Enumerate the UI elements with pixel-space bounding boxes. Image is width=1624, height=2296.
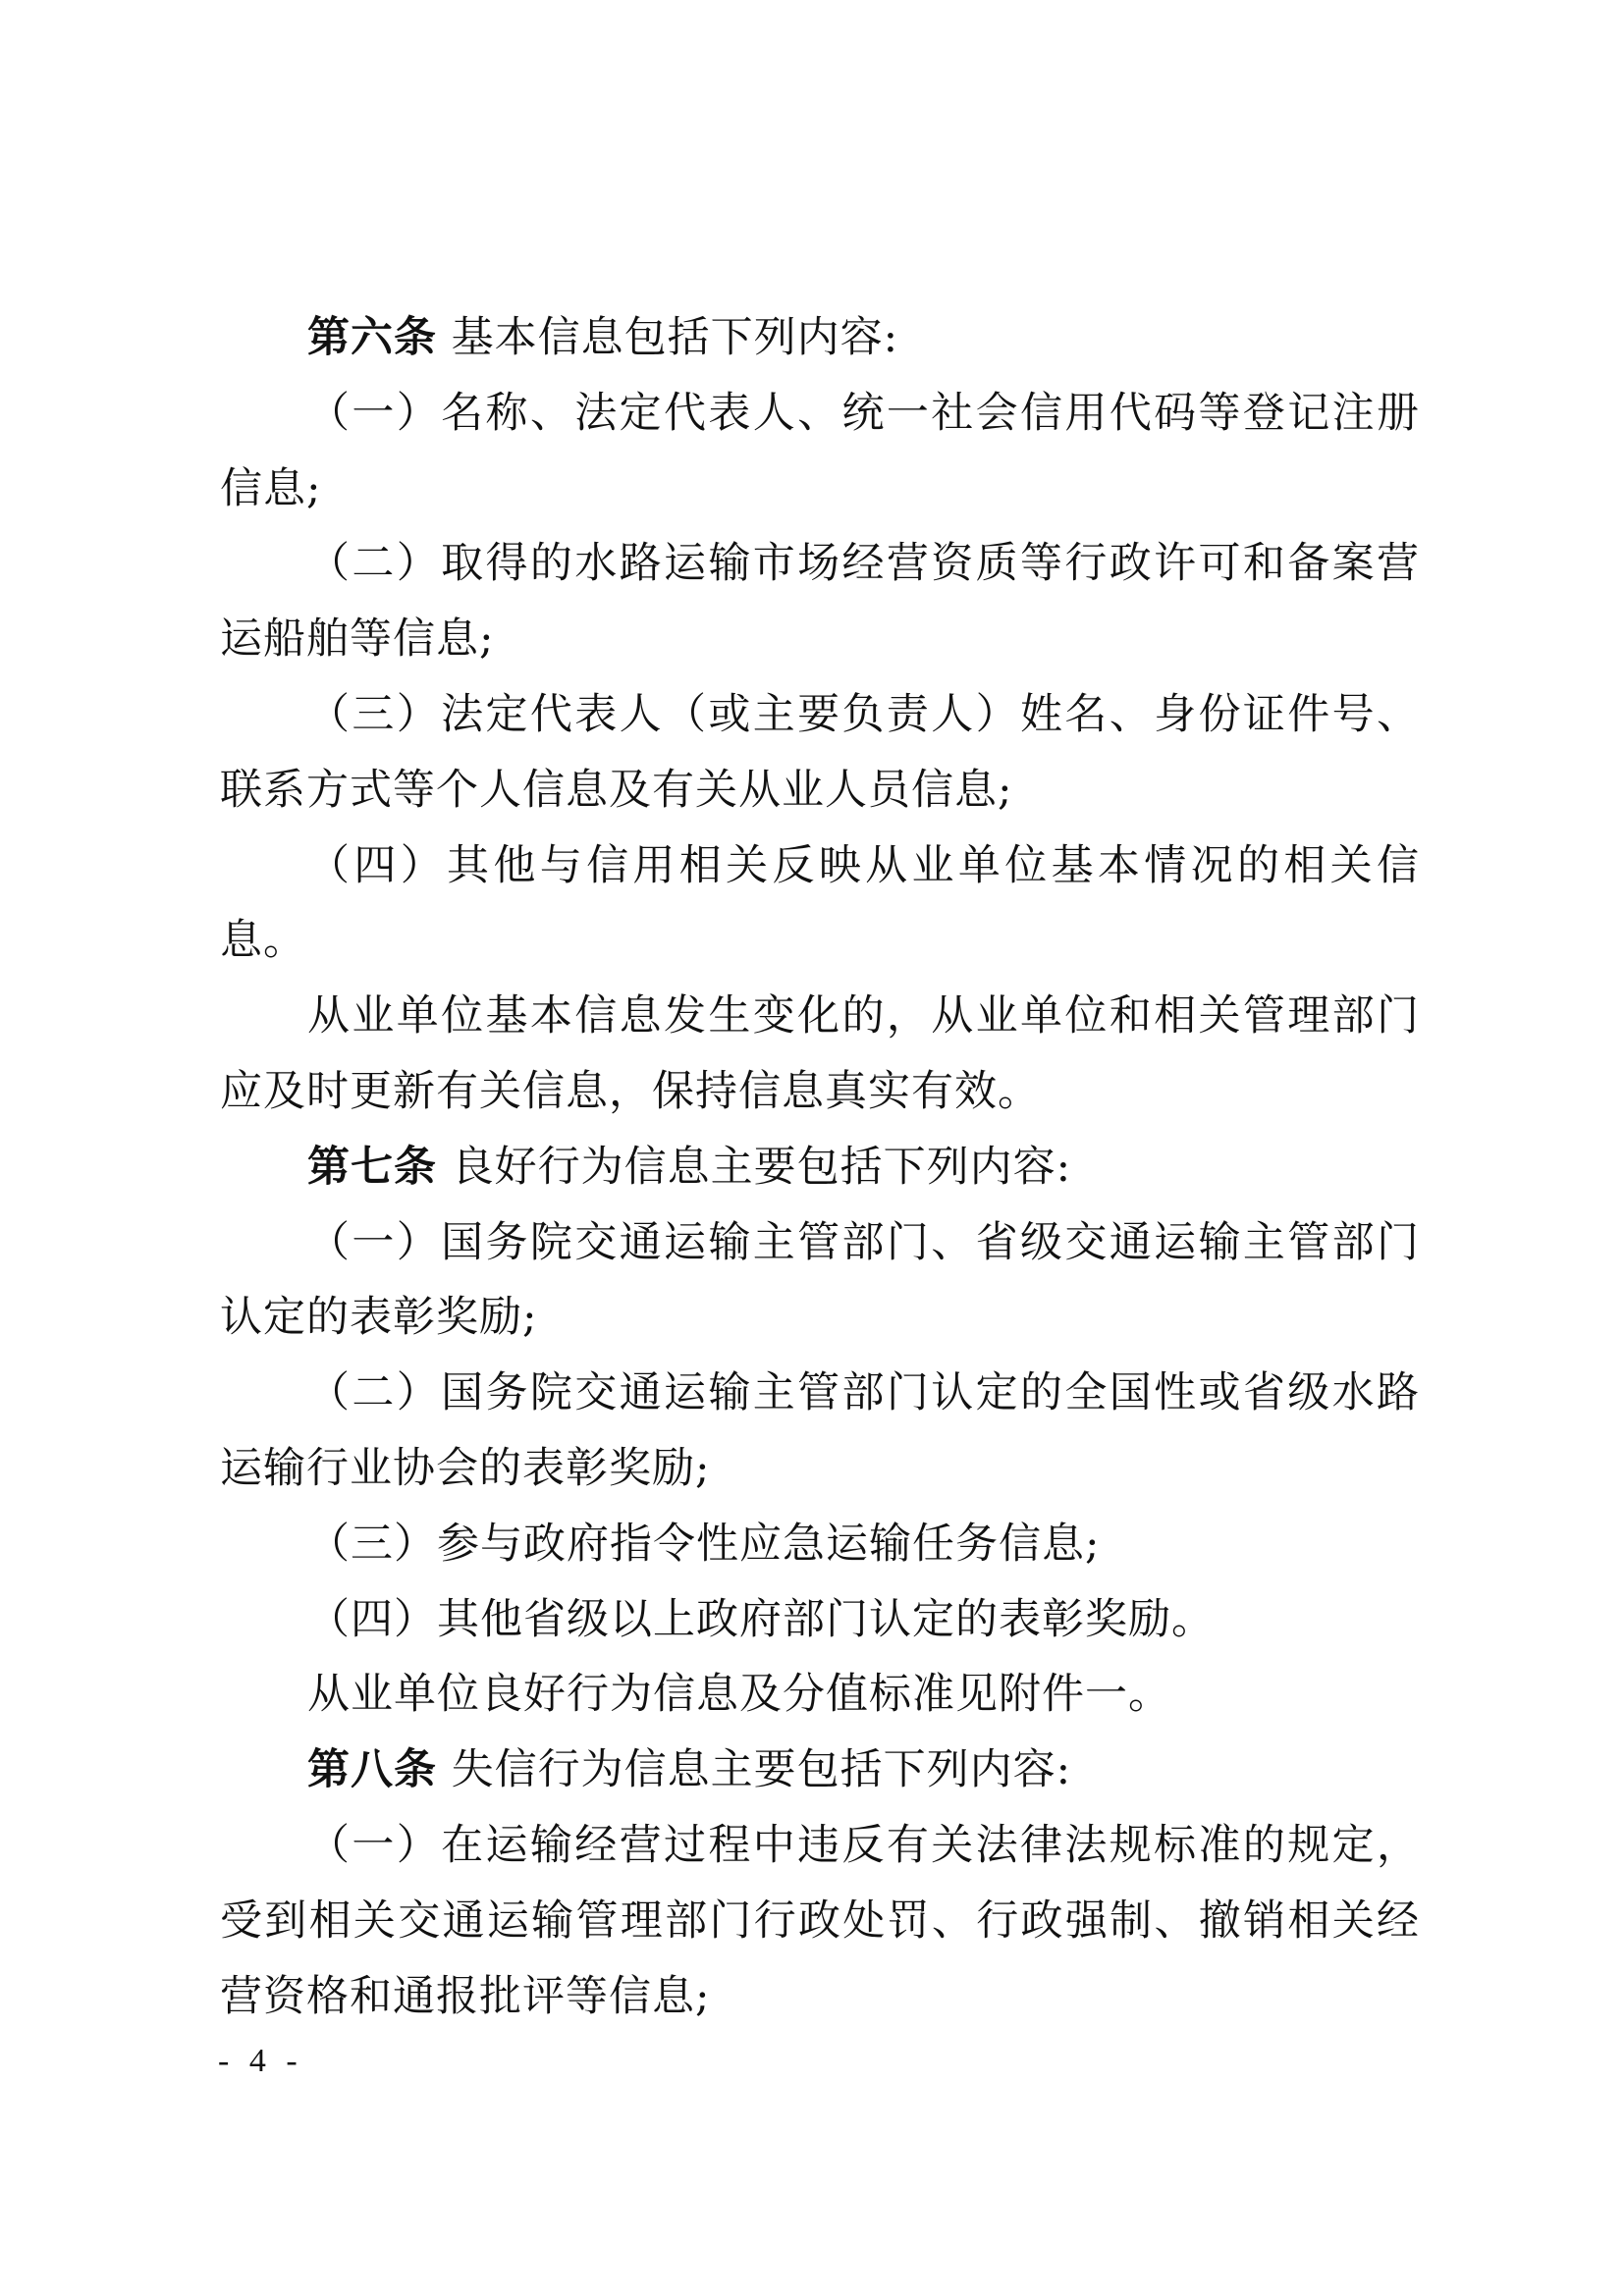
article-8-item-1: （一）在运输经营过程中违反有关法律法规标准的规定，受到相关交通运输管理部门行政处…: [220, 1808, 1420, 2034]
article-number: 第八条: [307, 1745, 437, 1794]
article-8-text: 失信行为信息主要包括下列内容:: [437, 1745, 1071, 1794]
article-6-item-3: （三）法定代表人（或主要负责人）姓名、身份证件号、联系方式等个人信息及有关从业人…: [220, 677, 1420, 828]
document-body: 第六条 基本信息包括下列内容: （一）名称、法定代表人、统一社会信用代码等登记注…: [220, 300, 1420, 2034]
document-page: 第六条 基本信息包括下列内容: （一）名称、法定代表人、统一社会信用代码等登记注…: [0, 0, 1624, 2296]
article-7-item-1: （一）国务院交通运输主管部门、省级交通运输主管部门认定的表彰奖励;: [220, 1205, 1420, 1357]
article-6-note: 从业单位基本信息发生变化的，从业单位和相关管理部门应及时更新有关信息，保持信息真…: [220, 979, 1420, 1130]
page-number: - 4 -: [218, 2042, 303, 2081]
article-6-text: 基本信息包括下列内容:: [437, 313, 898, 362]
article-6-item-1: （一）名称、法定代表人、统一社会信用代码等登记注册信息;: [220, 376, 1420, 527]
article-6-heading: 第六条 基本信息包括下列内容:: [220, 300, 1420, 376]
article-8-heading: 第八条 失信行为信息主要包括下列内容:: [220, 1733, 1420, 1808]
article-7-note: 从业单位良好行为信息及分值标准见附件一。: [220, 1657, 1420, 1733]
article-7-item-4: （四）其他省级以上政府部门认定的表彰奖励。: [220, 1582, 1420, 1658]
article-number: 第六条: [307, 313, 437, 362]
article-7-text: 良好行为信息主要包括下列内容:: [437, 1143, 1071, 1192]
article-7-heading: 第七条 良好行为信息主要包括下列内容:: [220, 1130, 1420, 1205]
article-7-item-2: （二）国务院交通运输主管部门认定的全国性或省级水路运输行业协会的表彰奖励;: [220, 1356, 1420, 1507]
article-6-item-2: （二）取得的水路运输市场经营资质等行政许可和备案营运船舶等信息;: [220, 526, 1420, 677]
article-7-item-3: （三）参与政府指令性应急运输任务信息;: [220, 1507, 1420, 1582]
article-number: 第七条: [307, 1143, 437, 1192]
article-6-item-4: （四）其他与信用相关反映从业单位基本情况的相关信息。: [220, 828, 1420, 980]
